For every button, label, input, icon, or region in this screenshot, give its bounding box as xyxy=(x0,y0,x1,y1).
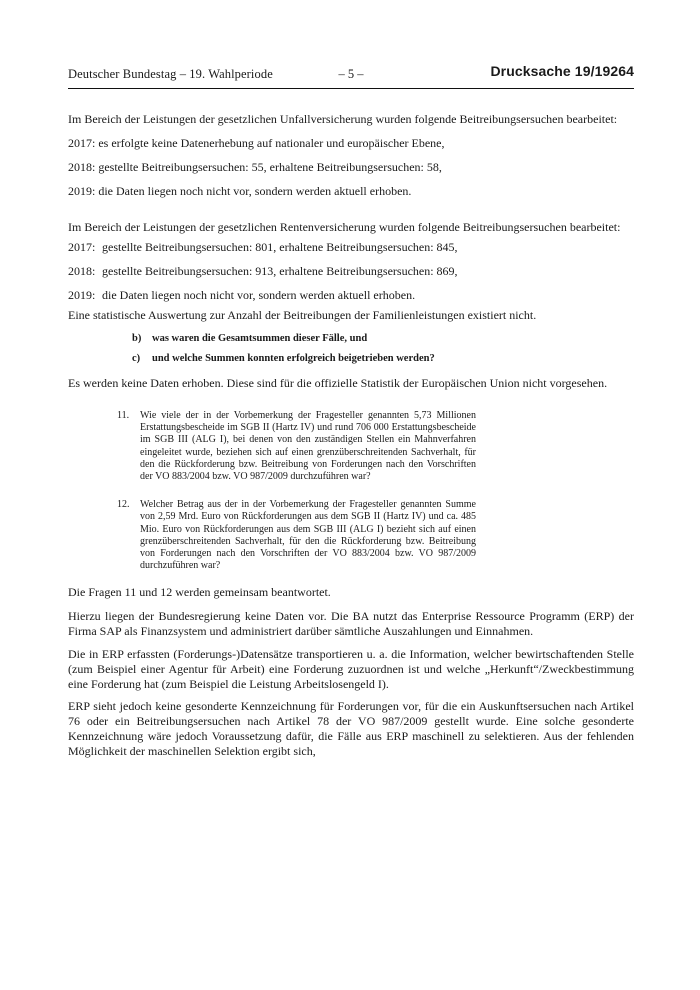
paragraph-answer-1: Hierzu liegen der Bundesregierung keine … xyxy=(68,609,634,639)
subquestion-b: b) was waren die Gesamtsummen dieser Fäl… xyxy=(132,332,512,345)
question-number: 11. xyxy=(117,410,140,483)
paragraph-answer-2: Die in ERP erfassten (Forderungs-)Datens… xyxy=(68,647,634,692)
subquestion-label: b) xyxy=(132,332,152,345)
paragraph-keine-daten: Es werden keine Daten erhoben. Diese sin… xyxy=(68,376,634,391)
question-text: Wie viele der in der Vorbemerkung der Fr… xyxy=(140,410,476,483)
renten-year-row-2017: 2017: gestellte Beitreibungsersuchen: 80… xyxy=(68,240,634,255)
drucksache-number: Drucksache 19/19264 xyxy=(490,64,634,79)
year-label: 2019: xyxy=(68,288,102,303)
unfall-year-line-2019: 2019: die Daten liegen noch nicht vor, s… xyxy=(68,184,634,199)
subquestion-label: c) xyxy=(132,352,152,365)
question-text: Welcher Betrag aus der in der Vorbemerku… xyxy=(140,499,476,572)
renten-year-row-2019: 2019: die Daten liegen noch nicht vor, s… xyxy=(68,288,634,303)
page-header: Deutscher Bundestag – 19. Wahlperiode – … xyxy=(68,66,634,89)
paragraph-renten-intro: Im Bereich der Leistungen der gesetzlich… xyxy=(68,220,634,235)
paragraph-unfall-intro: Im Bereich der Leistungen der gesetzlich… xyxy=(68,112,634,127)
paragraph-answer-3: ERP sieht jedoch keine gesonderte Kennze… xyxy=(68,699,634,759)
paragraph-statistik: Eine statistische Auswertung zur Anzahl … xyxy=(68,308,634,323)
year-text: gestellte Beitreibungsersuchen: 913, erh… xyxy=(102,264,634,279)
document-page: Deutscher Bundestag – 19. Wahlperiode – … xyxy=(0,0,700,990)
renten-year-row-2018: 2018: gestellte Beitreibungsersuchen: 91… xyxy=(68,264,634,279)
paragraph-joint-answer: Die Fragen 11 und 12 werden gemeinsam be… xyxy=(68,585,634,600)
subquestion-text: was waren die Gesamtsummen dieser Fälle,… xyxy=(152,332,512,345)
question-11: 11. Wie viele der in der Vorbemerkung de… xyxy=(117,410,634,483)
subquestion-c: c) und welche Summen konnten erfolgreich… xyxy=(132,352,512,365)
year-text: die Daten liegen noch nicht vor, sondern… xyxy=(102,288,634,303)
unfall-year-line-2018: 2018: gestellte Beitreibungsersuchen: 55… xyxy=(68,160,634,175)
year-label: 2018: xyxy=(68,264,102,279)
year-label: 2017: xyxy=(68,240,102,255)
year-text: gestellte Beitreibungsersuchen: 801, erh… xyxy=(102,240,634,255)
question-number: 12. xyxy=(117,499,140,572)
unfall-year-line-2017: 2017: es erfolgte keine Datenerhebung au… xyxy=(68,136,634,151)
question-12: 12. Welcher Betrag aus der in der Vorbem… xyxy=(117,499,634,572)
subquestion-text: und welche Summen konnten erfolgreich be… xyxy=(152,352,512,365)
